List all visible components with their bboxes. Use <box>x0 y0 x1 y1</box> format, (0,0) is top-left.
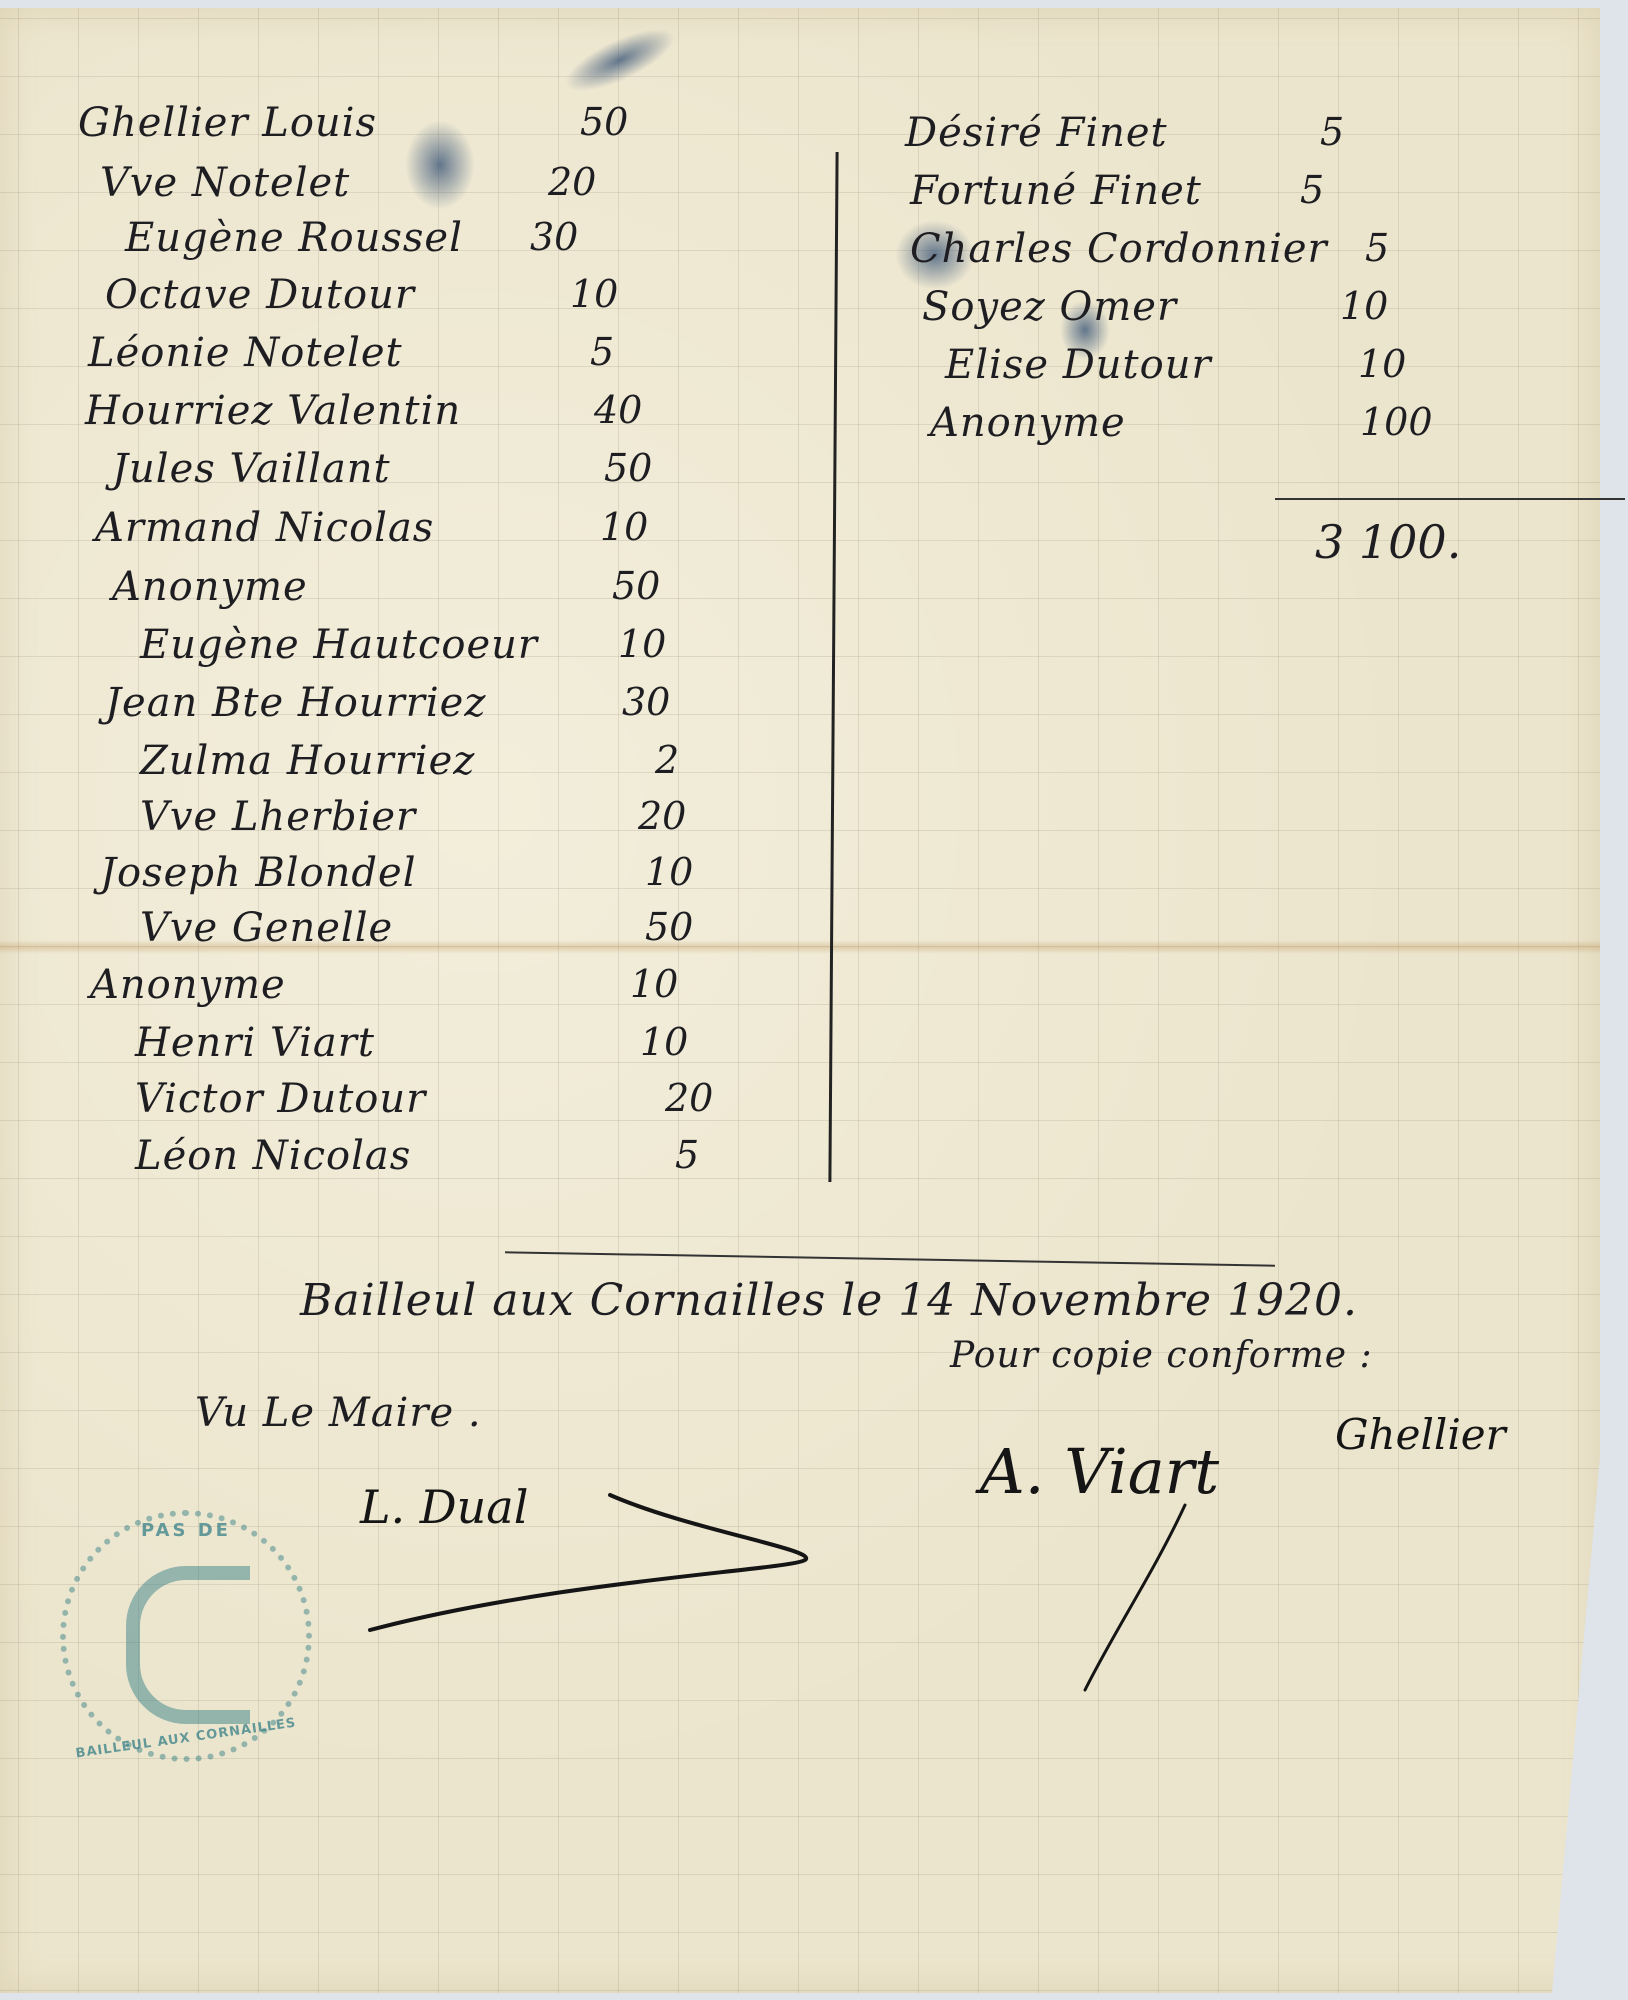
entry-amount: 5 <box>1300 168 1324 212</box>
entry-name: Léonie Notelet <box>88 330 403 376</box>
entry-name: Henri Viart <box>135 1020 375 1066</box>
mayor-seen: Vu Le Maire . <box>195 1390 482 1436</box>
entry-name: Eugène Roussel <box>125 215 463 261</box>
entry-name: Anonyme <box>930 400 1126 446</box>
entry-amount: 30 <box>622 680 670 724</box>
entry-name: Zulma Hourriez <box>140 738 475 784</box>
entry-name: Elise Dutour <box>945 342 1212 388</box>
entry-amount: 5 <box>590 330 614 374</box>
entry-name: Fortuné Finet <box>910 168 1202 214</box>
stamp-emblem <box>126 1566 250 1724</box>
entry-name: Armand Nicolas <box>95 505 434 551</box>
entry-name: Joseph Blondel <box>100 850 417 896</box>
municipal-stamp: PAS DE BAILLEUL AUX CORNAILLES <box>60 1510 312 1762</box>
entry-amount: 10 <box>618 622 666 666</box>
entry-name: Octave Dutour <box>105 272 415 318</box>
entry-amount: 10 <box>645 850 693 894</box>
entry-amount: 20 <box>665 1076 713 1120</box>
certification-text: Pour copie conforme : <box>950 1335 1373 1376</box>
signatory-second-signature: Ghellier <box>1335 1410 1506 1459</box>
entry-name: Vve Lherbier <box>140 794 416 840</box>
entry-amount: 5 <box>675 1133 699 1177</box>
entry-name: Eugène Hautcoeur <box>140 622 538 668</box>
entry-amount: 100 <box>1360 400 1433 444</box>
signature-stroke <box>1075 1500 1195 1700</box>
entry-name: Hourriez Valentin <box>85 388 461 434</box>
entry-amount: 5 <box>1365 226 1389 270</box>
entry-name: Léon Nicolas <box>135 1133 411 1179</box>
stamp-top-text: PAS DE <box>66 1520 306 1541</box>
total-amount: 3 100. <box>1315 515 1461 569</box>
entry-name: Anonyme <box>112 564 308 610</box>
signatory-signature: A. Viart <box>980 1435 1219 1508</box>
entry-amount: 5 <box>1320 110 1344 154</box>
entry-amount: 20 <box>638 794 686 838</box>
entry-amount: 10 <box>630 962 678 1006</box>
entry-amount: 10 <box>1340 284 1388 328</box>
entry-name: Charles Cordonnier <box>910 226 1328 272</box>
entry-name: Ghellier Louis <box>78 100 377 146</box>
entry-amount: 2 <box>655 738 679 782</box>
entry-name: Jean Bte Hourriez <box>105 680 486 726</box>
entry-name: Soyez Omer <box>922 284 1177 330</box>
entry-amount: 10 <box>570 272 618 316</box>
place-date: Bailleul aux Cornailles le 14 Novembre 1… <box>300 1275 1358 1326</box>
entry-amount: 10 <box>640 1020 688 1064</box>
entry-name: Victor Dutour <box>135 1076 426 1122</box>
entry-name: Jules Vaillant <box>112 446 391 492</box>
entry-amount: 50 <box>612 564 660 608</box>
entry-amount: 10 <box>1358 342 1406 386</box>
signature-flourish <box>360 1490 820 1640</box>
entry-amount: 50 <box>645 905 693 949</box>
total-rule <box>1275 498 1625 500</box>
entry-amount: 30 <box>530 215 578 259</box>
entry-amount: 50 <box>604 446 652 490</box>
entry-name: Désiré Finet <box>905 110 1168 156</box>
entry-name: Vve Genelle <box>140 905 393 951</box>
ink-blot <box>405 120 475 210</box>
entry-amount: 50 <box>580 100 628 144</box>
entry-amount: 10 <box>600 505 648 549</box>
entry-name: Vve Notelet <box>100 160 350 206</box>
entry-amount: 40 <box>594 388 642 432</box>
entry-amount: 20 <box>548 160 596 204</box>
entry-name: Anonyme <box>90 962 286 1008</box>
